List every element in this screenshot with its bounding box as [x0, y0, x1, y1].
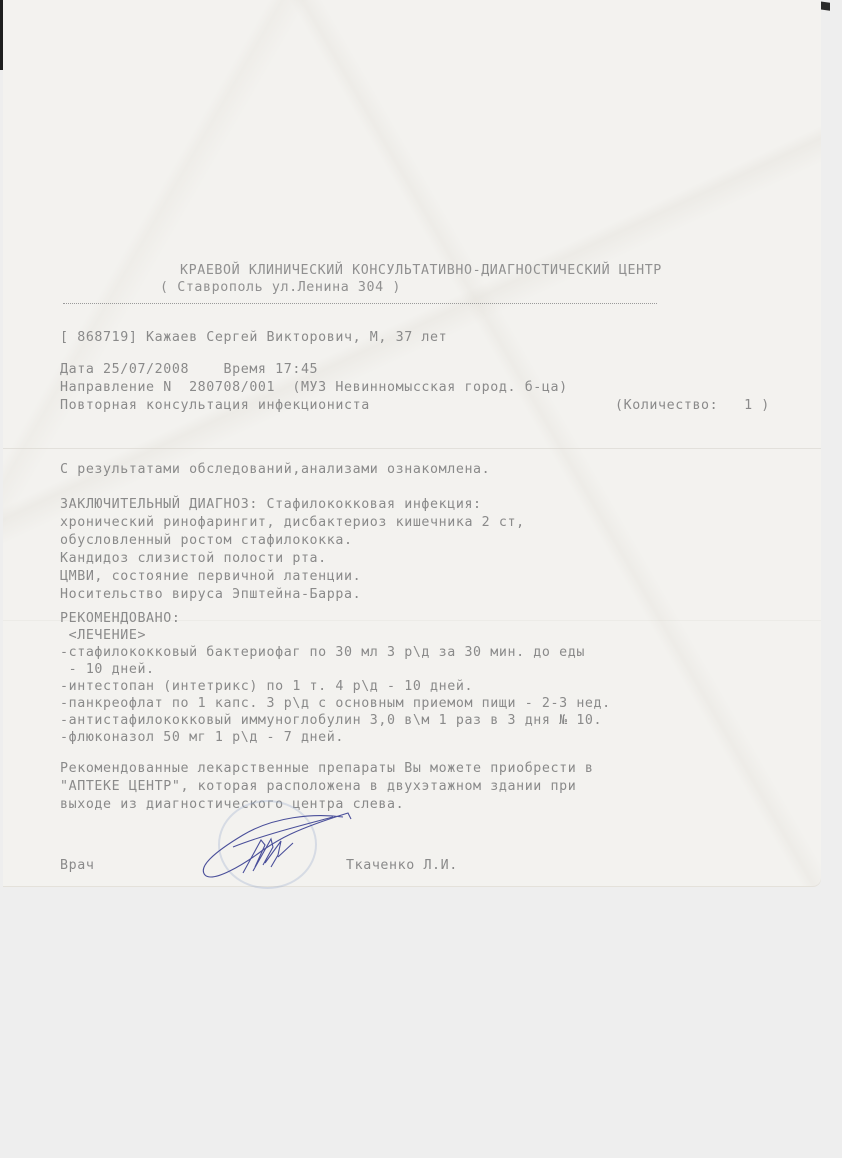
treatment-line: - 10 дней. [60, 662, 155, 677]
document-page: КРАЕВОЙ КЛИНИЧЕСКИЙ КОНСУЛЬТАТИВНО-ДИАГН… [3, 0, 821, 886]
treatment-line: -интестопан (интетрикс) по 1 т. 4 р\д - … [60, 679, 473, 694]
diagnosis-line: ЗАКЛЮЧИТЕЛЬНЫЙ ДИАГНОЗ: Стафилококковая … [60, 497, 482, 512]
service-quantity: (Количество: 1 ) [615, 398, 770, 413]
doctor-signature [193, 805, 363, 885]
diagnosis-line: Носительство вируса Эпштейна-Барра. [60, 587, 361, 602]
header-divider [63, 303, 657, 304]
treatment-line: -стафилококковый бактериофаг по 30 мл 3 … [60, 645, 585, 660]
signature-role: Врач [60, 858, 94, 873]
patient-line: [ 868719] Кажаев Сергей Викторович, М, 3… [60, 330, 447, 345]
diagnosis-line: хронический ринофарингит, дисбактериоз к… [60, 515, 525, 530]
doctor-name: Ткаченко Л.И. [346, 858, 458, 873]
paper-fold-crease [3, 448, 821, 449]
acknowledgement-text: С результатами обследований,анализами оз… [60, 462, 490, 477]
treatment-line: -антистафилококковый иммуноглобулин 3,0 … [60, 713, 602, 728]
recommendations-subtitle: <ЛЕЧЕНИЕ> [60, 628, 146, 643]
recommendations-title: РЕКОМЕНДОВАНО: [60, 611, 180, 626]
diagnosis-line: Кандидоз слизистой полости рта. [60, 551, 327, 566]
diagnosis-line: обусловленный ростом стафилококка. [60, 533, 353, 548]
institution-address: ( Ставрополь ул.Ленина 304 ) [160, 280, 401, 295]
pharmacy-note-line: Рекомендованные лекарственные препараты … [60, 761, 594, 776]
treatment-line: -флюконазол 50 мг 1 р\д - 7 дней. [60, 730, 344, 745]
referral-line: Направление N 280708/001 (МУЗ Невинномыс… [60, 380, 568, 395]
visit-date-time: Дата 25/07/2008 Время 17:45 [60, 362, 318, 377]
diagnosis-line: ЦМВИ, состояние первичной латенции. [60, 569, 361, 584]
institution-name: КРАЕВОЙ КЛИНИЧЕСКИЙ КОНСУЛЬТАТИВНО-ДИАГН… [180, 263, 662, 278]
service-name: Повторная консультация инфекциониста [60, 398, 370, 413]
treatment-line: -панкреофлат по 1 капс. 3 р\д с основным… [60, 696, 611, 711]
pharmacy-note-line: "АПТЕКЕ ЦЕНТР", которая расположена в дв… [60, 779, 576, 794]
